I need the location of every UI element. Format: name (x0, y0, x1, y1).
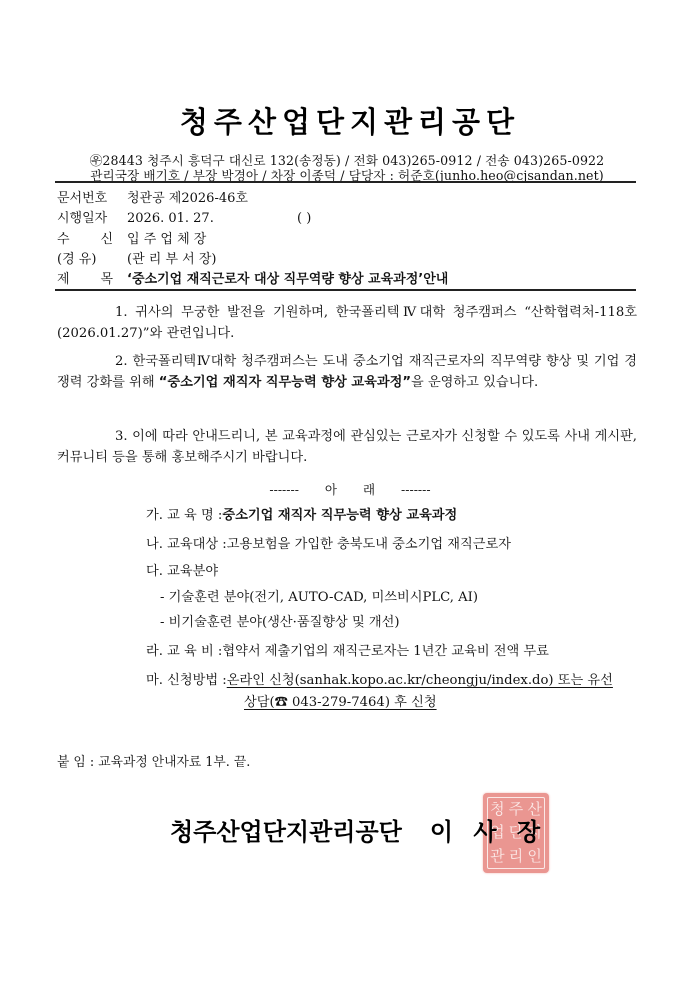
signer-org: 청주산업단지관리공단 (170, 818, 402, 846)
detail-value: 중소기업 재직자 직무능력 향상 교육과정 (222, 508, 457, 523)
subject-suffix: 안내 (423, 270, 448, 290)
via: (관 리 부 서 장) (127, 250, 216, 270)
course-name-emphasis: “중소기업 재직자 직무능력 향상 교육과정” (159, 375, 411, 390)
apply-link[interactable]: 온라인 신청(sanhak.kopo.ac.kr/cheongju/index.… (227, 673, 613, 688)
seal-char: 리 (507, 845, 526, 868)
seal-char: 관 (488, 845, 507, 868)
detail-label: 마. 신청방법 : (146, 671, 227, 691)
paragraph-2-text-end: 을 운영하고 있습니다. (411, 375, 538, 390)
detail-label: 라. 교 육 비 : (146, 642, 222, 662)
meta-label: 제 목 (57, 270, 113, 290)
meta-label: 수 신 (57, 230, 113, 250)
detail-apply-cont: 상담(☎ 043-279-7464) 후 신청 (244, 693, 437, 713)
issue-date: 2026. 01. 27. (127, 209, 297, 229)
meta-divider (55, 289, 636, 291)
meta-row-recipient: 수 신입 주 업 체 장 (57, 230, 206, 250)
field-item-non-technical: - 비기술훈련 분야(생산·품질향상 및 개선) (160, 613, 400, 633)
recipient: 입 주 업 체 장 (127, 230, 206, 250)
signature-block: 청주산업단지관리공단이 사 장 (170, 812, 546, 847)
meta-label: 시행일자 (57, 209, 127, 229)
header-divider (55, 181, 636, 183)
detail-cost: 라. 교 육 비 : 협약서 제출기업의 재직근로자는 1년간 교육비 전액 무… (146, 642, 549, 662)
attachment-note: 붙 임 : 교육과정 안내자료 1부. 끝. (57, 751, 250, 770)
section-divider: ------- 아 래 ------- (0, 480, 700, 498)
detail-apply: 마. 신청방법 : 온라인 신청(sanhak.kopo.ac.kr/cheon… (146, 671, 613, 691)
detail-label: 나. 교육대상 : (146, 535, 227, 555)
meta-row-subject: 제 목‘중소기업 재직근로자 대상 직무역량 향상 교육과정’ 안내 (57, 270, 448, 290)
paragraph-2: 2. 한국폴리텍Ⅳ대학 청주캠퍼스는 도내 중소기업 재직근로자의 직무역량 향… (57, 351, 637, 393)
meta-label: 문서번호 (57, 189, 127, 209)
paragraph-1: 1. 귀사의 무궁한 발전을 기원하며, 한국폴리텍Ⅳ대학 청주캠퍼스 “산학협… (57, 302, 637, 344)
detail-label: 다. 교육분야 (146, 562, 218, 582)
subject: ‘중소기업 재직근로자 대상 직무역량 향상 교육과정’ (127, 270, 423, 290)
paragraph-3: 3. 이에 따라 안내드리니, 본 교육과정에 관심있는 근로자가 신청할 수 … (57, 426, 637, 468)
detail-label: 가. 교 육 명 : (146, 506, 222, 526)
paragraph-3-text: 3. 이에 따라 안내드리니, 본 교육과정에 관심있는 근로자가 신청할 수 … (57, 429, 637, 465)
meta-row-date: 시행일자2026. 01. 27.( ) (57, 209, 311, 229)
meta-row-via: (경 유)(관 리 부 서 장) (57, 250, 216, 270)
detail-value: 고용보험을 가입한 충북도내 중소기업 재직근로자 (227, 537, 511, 552)
detail-field: 다. 교육분야 (146, 562, 218, 582)
apply-phone[interactable]: 상담(☎ 043-279-7464) 후 신청 (244, 695, 437, 710)
seal-char: 인 (525, 845, 544, 868)
doc-number: 청관공 제2026-46호 (127, 189, 248, 209)
detail-target: 나. 교육대상 : 고용보험을 가입한 충북도내 중소기업 재직근로자 (146, 535, 511, 555)
detail-value: 협약서 제출기업의 재직근로자는 1년간 교육비 전액 무료 (222, 644, 549, 659)
meta-row-doc-number: 문서번호청관공 제2026-46호 (57, 189, 248, 209)
paragraph-1-text: 1. 귀사의 무궁한 발전을 기원하며, 한국폴리텍Ⅳ대학 청주캠퍼스 “산학협… (57, 305, 637, 341)
signer-title: 이 사 장 (430, 818, 546, 846)
date-extra: ( ) (297, 209, 311, 229)
field-item-technical: - 기술훈련 분야(전기, AUTO-CAD, 미쓰비시PLC, AI) (160, 588, 478, 608)
meta-label: (경 유) (57, 250, 127, 270)
detail-course-name: 가. 교 육 명 : 중소기업 재직자 직무능력 향상 교육과정 (146, 506, 457, 526)
org-title: 청주산업단지관리공단 (0, 100, 700, 141)
